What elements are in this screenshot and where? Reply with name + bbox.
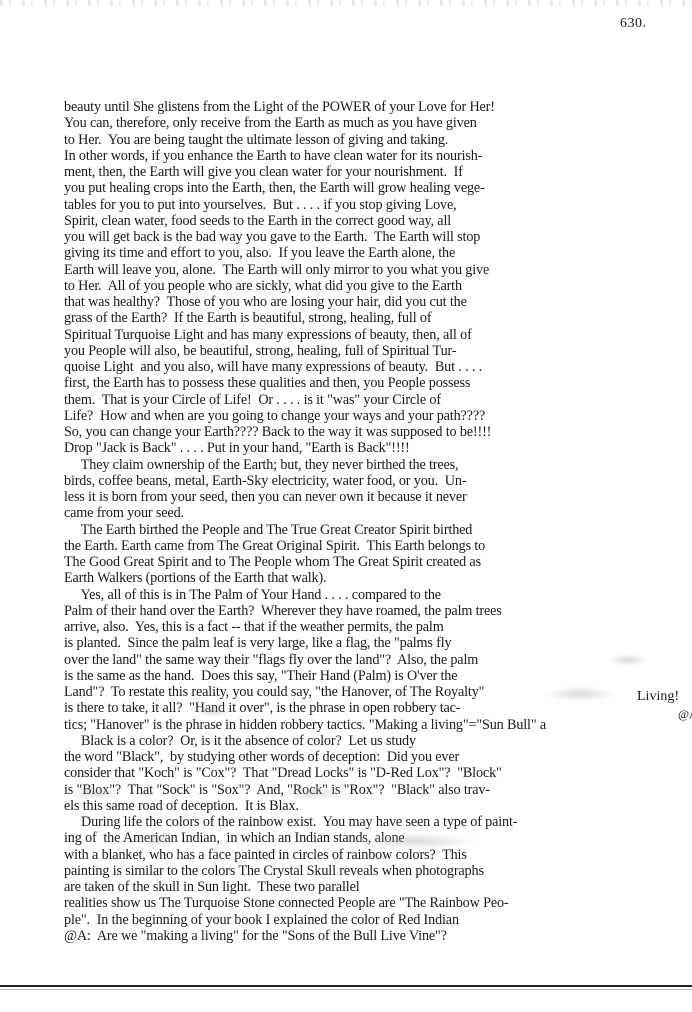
text-line: During life the colors of the rainbow ex… xyxy=(64,814,692,830)
text-line: @A: Are we "making a living" for the "So… xyxy=(64,928,692,944)
page-bottom-rule-faint xyxy=(0,989,692,990)
scan-smudge xyxy=(608,654,648,666)
text-line: They claim ownership of the Earth; but, … xyxy=(64,457,692,473)
text-line: Palm of their hand over the Earth? Where… xyxy=(64,603,692,619)
text-line: with a blanket, who has a face painted i… xyxy=(64,847,692,863)
text-line: giving its time and effort to you, also.… xyxy=(64,245,692,261)
text-line: In other words, if you enhance the Earth… xyxy=(64,148,692,164)
text-line: that was healthy? Those of you who are l… xyxy=(64,294,692,310)
text-line: to Her. All of you people who are sickly… xyxy=(64,278,692,294)
text-line: Black is a color? Or, is it the absence … xyxy=(64,733,692,749)
document-body: beauty until She glistens from the Light… xyxy=(64,99,692,944)
text-line: them. That is your Circle of Life! Or . … xyxy=(64,392,692,408)
text-line: quoise Light and you also, will have man… xyxy=(64,359,692,375)
text-line: you will get back is the bad way you gav… xyxy=(64,229,692,245)
text-line: ment, then, the Earth will give you clea… xyxy=(64,164,692,180)
text-line: first, the Earth has to possess these qu… xyxy=(64,375,692,391)
text-line: Earth will leave you, alone. The Earth w… xyxy=(64,262,692,278)
scan-smudge xyxy=(283,786,343,800)
page-bottom-rule xyxy=(0,985,692,987)
scan-smudge xyxy=(350,833,480,849)
scan-smudge xyxy=(138,833,174,847)
text-line: Yes, all of this is in The Palm of Your … xyxy=(64,587,692,603)
text-line: The Good Great Spirit and to The People … xyxy=(64,554,692,570)
text-line: tics; "Hanover" is the phrase in hidden … xyxy=(64,717,692,733)
text-line: consider that "Koch" is "Cox"? That "Dre… xyxy=(64,765,692,781)
text-line: els this same road of deception. It is B… xyxy=(64,798,692,814)
text-line: less it is born from your seed, then you… xyxy=(64,489,692,505)
text-line: you People will also, be beautiful, stro… xyxy=(64,343,692,359)
text-line: tables for you to put into yourselves. B… xyxy=(64,197,692,213)
text-line: So, you can change your Earth???? Back t… xyxy=(64,424,692,440)
scan-smudge xyxy=(545,686,615,702)
scan-artifact-top xyxy=(0,0,692,6)
margin-note-at: @A xyxy=(678,707,692,722)
scan-smudge xyxy=(195,704,231,718)
text-line: grass of the Earth? If the Earth is beau… xyxy=(64,310,692,326)
text-line: Spiritual Turquoise Light and has many e… xyxy=(64,327,692,343)
text-line: Earth Walkers (portions of the Earth tha… xyxy=(64,570,692,586)
text-line: You can, therefore, only receive from th… xyxy=(64,115,692,131)
text-line: is there to take, it all? "Hand it over"… xyxy=(64,700,692,716)
page-number: 630. xyxy=(620,16,647,32)
text-line: Life? How and when are you going to chan… xyxy=(64,408,692,424)
text-line: the word "Black", by studying other word… xyxy=(64,749,692,765)
scan-smudge xyxy=(70,786,120,800)
margin-note-living: Living! xyxy=(637,689,679,705)
text-line: arrive, also. Yes, this is a fact -- tha… xyxy=(64,619,692,635)
text-line: is the same as the hand. Does this say, … xyxy=(64,668,692,684)
text-line: Spirit, clean water, food seeds to the E… xyxy=(64,213,692,229)
text-line: the Earth. Earth came from The Great Ori… xyxy=(64,538,692,554)
text-line: is "Blox"? That "Sock" is "Sox"? And, "R… xyxy=(64,782,692,798)
text-line: to Her. You are being taught the ultimat… xyxy=(64,132,692,148)
text-line: came from your seed. xyxy=(64,505,692,521)
text-line: The Earth birthed the People and The Tru… xyxy=(64,522,692,538)
text-line: beauty until She glistens from the Light… xyxy=(64,99,692,115)
text-line: painting is similar to the colors The Cr… xyxy=(64,863,692,879)
text-line: are taken of the skull in Sun light. The… xyxy=(64,879,692,895)
text-line: is planted. Since the palm leaf is very … xyxy=(64,635,692,651)
text-line: ple". In the beginning of your book I ex… xyxy=(64,912,692,928)
text-line: realities show us The Turquoise Stone co… xyxy=(64,895,692,911)
text-line: birds, coffee beans, metal, Earth-Sky el… xyxy=(64,473,692,489)
text-line: Drop "Jack is Back" . . . . Put in your … xyxy=(64,440,692,456)
text-line: you put healing crops into the Earth, th… xyxy=(64,180,692,196)
text-line: over the land" the same way their "flags… xyxy=(64,652,692,668)
